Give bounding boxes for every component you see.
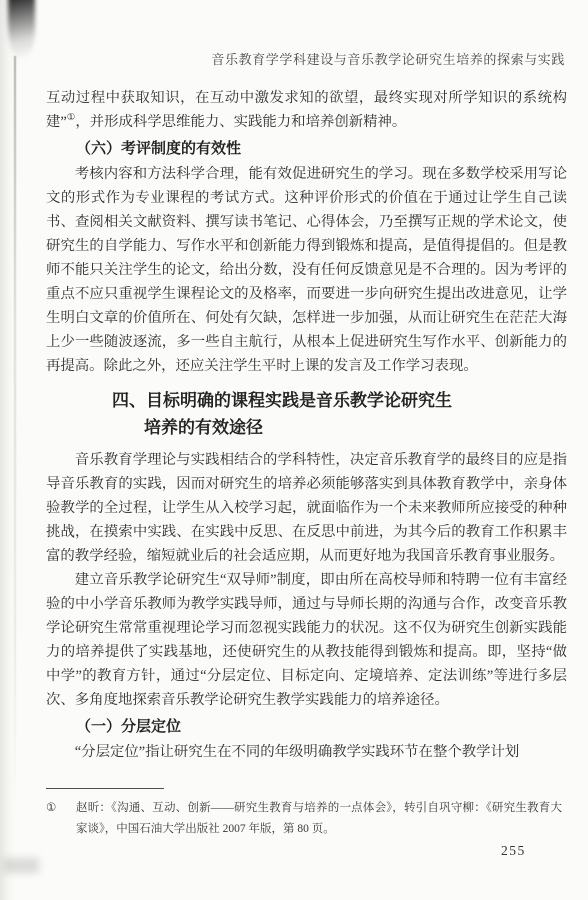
running-header: 音乐教育学学科建设与音乐教学论研究生培养的探索与实践 xyxy=(211,49,565,68)
footnote: ① 赵昕：《沟通、互动、创新——研究生教育与培养的一点体会》，转引自巩守柳：《研… xyxy=(46,798,562,840)
book-page: 音乐教育学学科建设与音乐教学论研究生培养的探索与实践 互动过程中获取知识，在互动… xyxy=(0,0,588,900)
scan-smudge-artifact xyxy=(8,0,35,60)
paragraph-continuation: 互动过程中获取知识，在互动中激发求知的欲望，最终实现对所学知识的系统构建”①，并… xyxy=(46,86,567,134)
continuation-text-after-ref: ，并形成科学思维能力、实践能力和培养创新精神。 xyxy=(75,114,406,130)
scan-edge-line xyxy=(14,56,16,816)
page-body: 互动过程中获取知识，在互动中激发求知的欲望，最终实现对所学知识的系统构建”①，并… xyxy=(46,86,567,764)
chapter-heading-line1: 四、目标明确的课程实践是音乐教学论研究生 xyxy=(46,387,567,414)
footnote-text: 赵昕：《沟通、互动、创新——研究生教育与培养的一点体会》，转引自巩守柳：《研究生… xyxy=(76,798,562,840)
scan-bottom-shadow xyxy=(3,858,39,873)
page-number: 255 xyxy=(501,843,526,859)
paragraph-subsection-one: “分层定位”指让研究生在不同的年级明确教学实践环节在整个教学计划 xyxy=(46,740,567,764)
paragraph-section-six: 考核内容和方法科学合理，能有效促进研究生的学习。现在多数学校采用写论文的形式作为… xyxy=(46,162,567,378)
footnote-separator-rule xyxy=(46,788,164,789)
footnote-marker: ① xyxy=(46,798,76,840)
heading-chapter-four: 四、目标明确的课程实践是音乐教学论研究生 培养的有效途径 xyxy=(46,387,567,441)
chapter-heading-line2: 培养的有效途径 xyxy=(46,414,567,441)
heading-section-six: （六）考评制度的有效性 xyxy=(46,137,567,161)
paragraph-chapter-four-1: 音乐教育学理论与实践相结合的学科特性，决定音乐教育学的最终目的应是指导音乐教育的… xyxy=(46,448,567,568)
paragraph-chapter-four-2: 建立音乐教学论研究生“双导师”制度，即由所在高校导师和特聘一位有丰富经验的中小学… xyxy=(46,568,567,712)
footnote-area: ① 赵昕：《沟通、互动、创新——研究生教育与培养的一点体会》，转引自巩守柳：《研… xyxy=(46,788,562,840)
heading-subsection-one: （一）分层定位 xyxy=(46,715,567,739)
